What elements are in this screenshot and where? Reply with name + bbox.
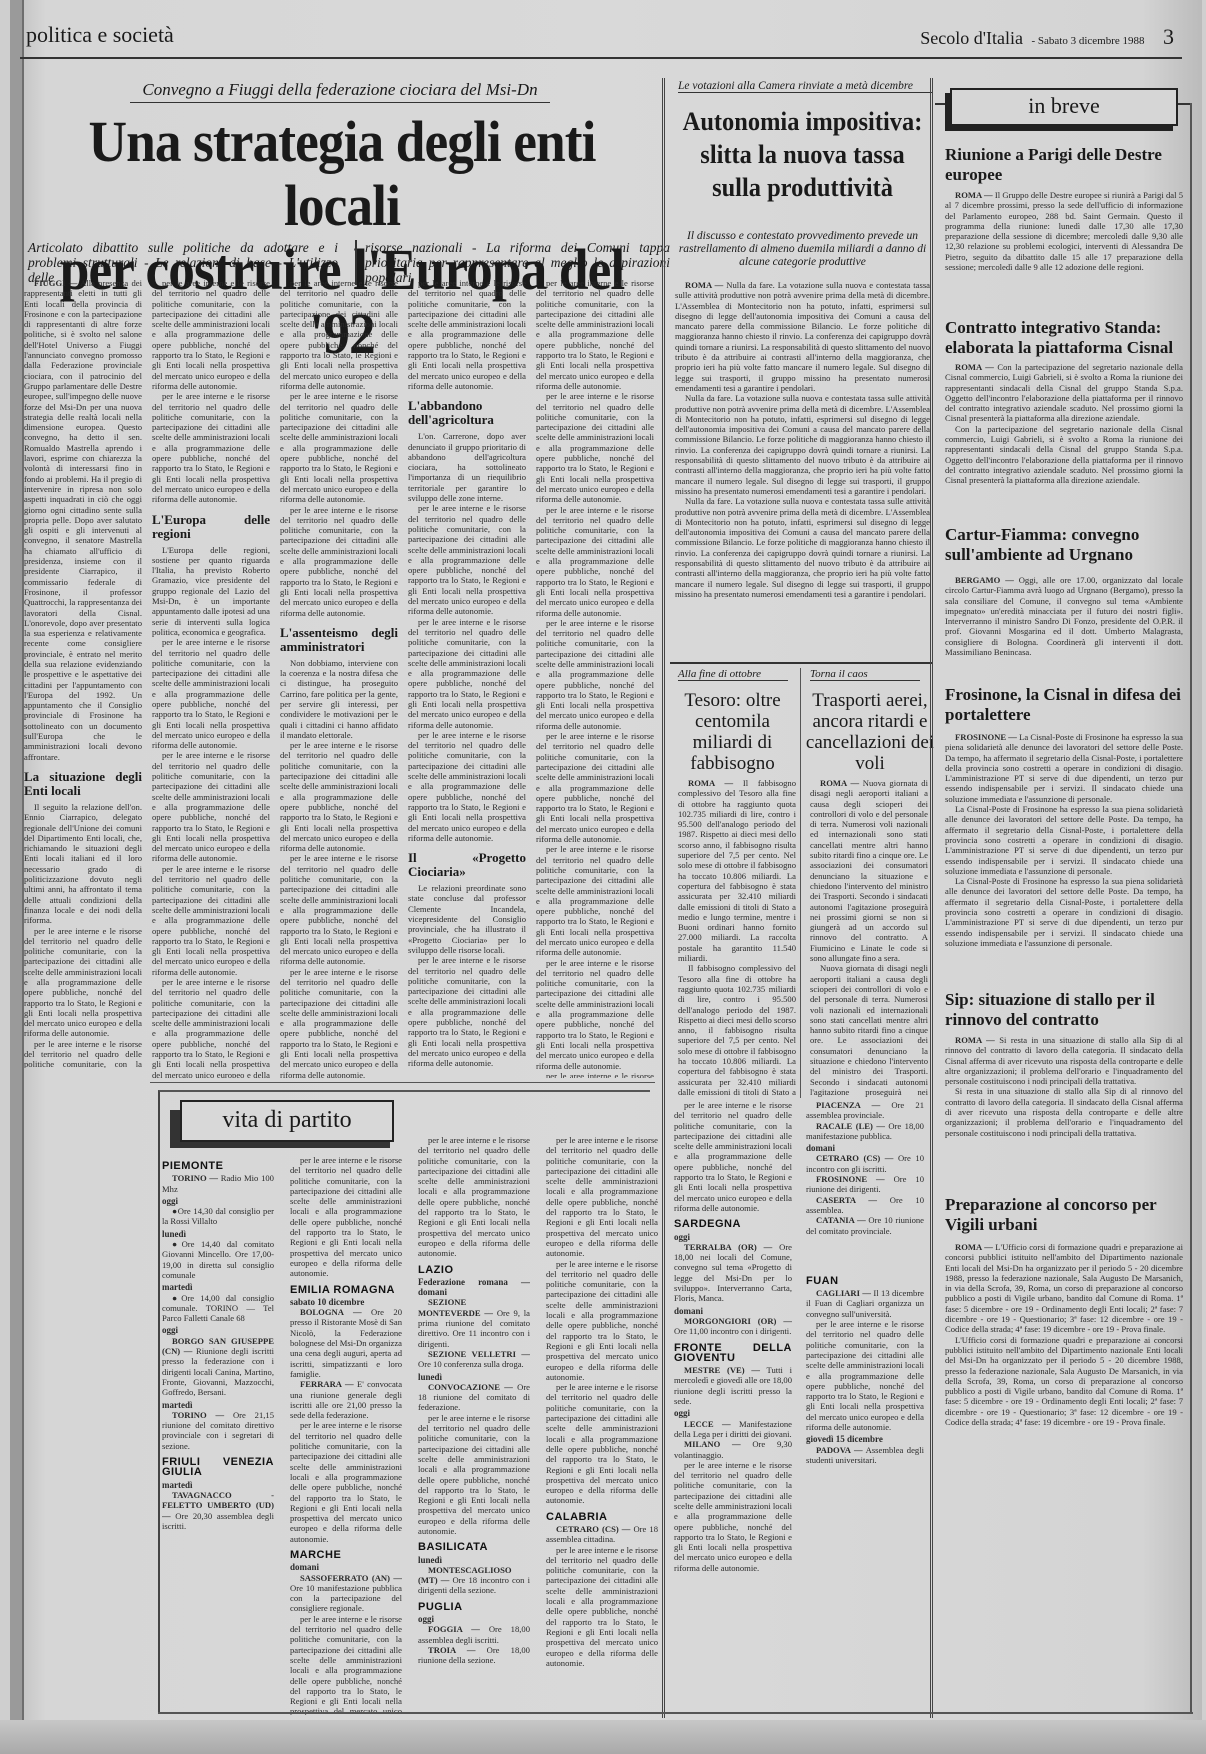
entry-day: oggi — [674, 1408, 792, 1418]
entry-day: sabato 10 dicembre — [290, 1297, 402, 1307]
air-headline: Trasporti aerei, ancora ritardi e cancel… — [805, 690, 935, 774]
section-text: per le aree interne e le risorse del ter… — [280, 967, 398, 1078]
region-heading: FUAN — [806, 1276, 924, 1286]
section-text: per le aree interne e le risorse del ter… — [24, 926, 142, 1039]
entry-place: CETRARO (CS) — — [556, 1524, 630, 1534]
entry-place: MORGONGIORI (OR) — — [684, 1316, 792, 1326]
vita-column-1: PIEMONTE TORINO — Radio Mio 100 Mhz oggi… — [162, 1155, 274, 1715]
section-text: L'on. Carrerone, dopo aver denunciato il… — [408, 431, 526, 503]
section-text: per le aree interne e le risorse del ter… — [152, 637, 270, 750]
region-heading: PUGLIA — [418, 1602, 530, 1612]
tax-subtitle: Il discusso e contestato provvedimento p… — [675, 230, 930, 269]
tax-text: Nulla da fare. La votazione sulla nuova … — [675, 496, 930, 599]
entry-text: Ore 14,40 dal comitato Giovanni Mincello… — [162, 1239, 274, 1280]
subhead-situazione: La situazione degli Enti locali — [24, 770, 142, 798]
entry-place: FERRARA — — [300, 1379, 354, 1389]
entry-day: domani — [290, 1562, 402, 1572]
section-text: per le aree interne e le risorse del ter… — [280, 853, 398, 966]
section-text: per le aree interne e le risorse del ter… — [152, 750, 270, 863]
entry-place: CATANIA — — [816, 1215, 866, 1225]
tax-text: Nulla da fare. La votazione sulla nuova … — [675, 393, 930, 496]
section-text: L'Europa delle regioni, sostiene per qua… — [152, 545, 270, 638]
entry-place: SEZIONE VELLETRI — — [428, 1349, 530, 1359]
entry-place: BOLOGNA — — [300, 1307, 362, 1317]
issue-date: - Sabato 3 dicembre 1988 — [1031, 35, 1144, 47]
treasury-text: Il fabbisogno complessivo del Tesoro all… — [678, 963, 796, 1098]
tax-headline: Autonomia impositiva: slitta la nuova ta… — [678, 105, 927, 204]
entry-place: MESTRE (VE) — — [684, 1365, 760, 1375]
breve-dateline: ROMA — — [955, 190, 993, 200]
subhead-assenteismo: L'assenteismo degli amministratori — [280, 626, 398, 654]
section-text: per le aree interne e le risorse del ter… — [536, 505, 654, 618]
section-text: per le aree interne e le risorse del ter… — [152, 391, 270, 504]
breve-headline-2: Contratto integrativo Standa: elaborata … — [945, 318, 1185, 358]
entry-text: per le aree interne e le risorse del ter… — [418, 1413, 530, 1537]
treasury-kicker: Alla fine di ottobre — [678, 668, 788, 681]
entry-place: PADOVA — — [816, 1445, 863, 1455]
section-text: per le aree interne e le risorse del ter… — [536, 844, 654, 957]
region-heading: LAZIO — [418, 1265, 530, 1275]
breve-text: Il Gruppo delle Destre europee si riunir… — [945, 190, 1183, 272]
breve-headline-6: Preparazione al concorso per Vigili urba… — [945, 1195, 1185, 1235]
masthead-title: Secolo d'Italia — [920, 28, 1023, 48]
entry-place: SASSOFERRATO (AN) — — [300, 1573, 402, 1583]
page-bottom-rule — [158, 1712, 1193, 1714]
entry-day: oggi — [162, 1196, 274, 1206]
column-divider — [662, 78, 665, 1718]
section-text: per le aree interne e le risorse del ter… — [152, 864, 270, 977]
breve-dateline: FROSINONE — — [955, 732, 1017, 742]
entry-place: LECCE — — [684, 1419, 731, 1429]
entry-text: Ore 20,30 assemblea degli iscritti. — [162, 1511, 274, 1531]
breve-text: La Cisnal-Poste di Frosinone ha espresso… — [945, 732, 1183, 804]
region-heading: FRIULI VENEZIA GIULIA — [162, 1457, 274, 1478]
region-heading: PIEMONTE — [162, 1161, 274, 1171]
air-body: ROMA — Nuova giornata di disagi negli ae… — [810, 778, 928, 1098]
air-text: Nuova giornata di disagi negli aeroporti… — [810, 778, 928, 963]
entry-place: MILANO — — [684, 1439, 741, 1449]
lead-column-5: per le aree interne e le risorse del ter… — [536, 278, 654, 1078]
entry-place: CAGLIARI — — [816, 1288, 871, 1298]
entry-place: TERRALBA (OR) — — [684, 1242, 772, 1252]
section-text: per le aree interne e le risorse del ter… — [408, 278, 526, 391]
section-text: per le aree interne e le risorse del ter… — [408, 503, 526, 616]
breve-text: Si resta in una situazione di stallo all… — [945, 1086, 1183, 1137]
vita-column-6: PIACENZA — Ore 21 assemblea provinciale.… — [806, 1100, 924, 1715]
entry-text: per le aree interne e le risorse del ter… — [290, 1155, 402, 1279]
breve-headline-3: Cartur-Fiamma: convegno sull'ambiente ad… — [945, 525, 1185, 565]
entry-text: per le aree interne e le risorse del ter… — [418, 1135, 530, 1259]
entry-place: TORINO — — [172, 1173, 218, 1183]
lead-column-3: per le aree interne e le risorse del ter… — [280, 278, 398, 1078]
section-text: per le aree interne e le risorse del ter… — [536, 618, 654, 731]
column-divider — [800, 668, 801, 1098]
lead-dateline: FIUGGI — — [34, 278, 77, 288]
breve-headline-1: Riunione a Parigi delle Destre europee — [945, 145, 1185, 185]
lead-column-4: per le aree interne e le risorse del ter… — [408, 278, 526, 1078]
entry-text: per le aree interne e le risorse del ter… — [806, 1319, 924, 1432]
section-text: Non dobbiamo, interviene con la coerenza… — [280, 658, 398, 740]
scan-bottom-edge — [0, 1720, 1206, 1754]
section-text: per le aree interne e le risorse del ter… — [536, 1071, 654, 1078]
entry-text: per le aree interne e le risorse del ter… — [546, 1259, 658, 1383]
entry-text: Ore 14,30 dal consiglio per la Rossi Vil… — [162, 1206, 274, 1227]
breve-text: Con la partecipazione del segretario naz… — [945, 424, 1183, 486]
entry-text: per le aree interne e le risorse del ter… — [290, 1614, 402, 1715]
region-heading: FRONTE DELLA GIOVENTU — [674, 1343, 792, 1364]
tax-kicker: Le votazioni alla Camera rinviate a metà… — [678, 80, 933, 93]
section-text: per le aree interne e le risorse del ter… — [280, 278, 398, 391]
breve-body-3: BERGAMO — Oggi, alle ore 17.00, organizz… — [945, 575, 1183, 675]
treasury-dateline: ROMA — — [688, 778, 733, 788]
section-text: per le aree interne e le risorse del ter… — [536, 278, 654, 391]
lead-body: Alla presenza dei rappresentanti eletti … — [24, 278, 142, 762]
breve-rule-right — [1176, 103, 1190, 105]
breve-body-4: FROSINONE — La Cisnal-Poste di Frosinone… — [945, 732, 1183, 987]
entry-text: per le aree interne e le risorse del ter… — [546, 1135, 658, 1259]
entry-day: martedì — [162, 1282, 274, 1292]
entry-day: oggi — [418, 1614, 530, 1624]
breve-body-6: ROMA — L'Ufficio corsi di formazione qua… — [945, 1242, 1183, 1712]
section-text: per le aree interne e le risorse del ter… — [24, 1039, 142, 1068]
breve-side-rule — [1190, 103, 1192, 1713]
tax-dateline: ROMA — — [685, 280, 723, 290]
entry-place: CONVOCAZIONE — — [428, 1382, 513, 1392]
lead-bottom-rule — [150, 1082, 655, 1083]
entry-day: Federazione romana — domani — [418, 1277, 530, 1298]
entry-day: giovedì 15 dicembre — [806, 1434, 924, 1444]
region-heading: MARCHE — [290, 1550, 402, 1560]
tax-text: Nulla da fare. La votazione sulla nuova … — [675, 280, 930, 393]
entry-text: Ore 10 manifestazione pubblica con la pa… — [290, 1583, 402, 1614]
section-text: per le aree interne e le risorse del ter… — [280, 505, 398, 618]
breve-body-1: ROMA — Il Gruppo delle Destre europee si… — [945, 190, 1183, 310]
vita-di-partito-label: vita di partito — [180, 1100, 394, 1142]
section-text: per le aree interne e le risorse del ter… — [536, 731, 654, 844]
lead-headline-line1: Una strategia degli enti locali — [48, 110, 637, 238]
breve-dateline: ROMA — — [955, 1242, 993, 1252]
breve-text: L'Ufficio corsi di formazione quadri e p… — [945, 1335, 1183, 1428]
entry-text: per le aree interne e le risorse del ter… — [546, 1545, 658, 1669]
region-heading: EMILIA ROMAGNA — [290, 1285, 402, 1295]
entry-day: lunedì — [418, 1372, 530, 1382]
page-spine — [10, 0, 24, 1754]
subhead-progetto-ciociaria: Il «Progetto Ciociaria» — [408, 851, 526, 879]
air-kicker: Torna il caos — [810, 668, 920, 681]
entry-day: lunedì — [162, 1229, 274, 1239]
section-text: per le aree interne e le risorse del ter… — [536, 391, 654, 504]
in-breve-label: in breve — [950, 88, 1178, 126]
lead-column-1: FIUGGI — Alla presenza dei rappresentant… — [24, 278, 142, 1068]
entry-text: Ore 20 presso il Ristorante Mosè di San … — [290, 1307, 402, 1379]
section-text: per le aree interne e le risorse del ter… — [152, 278, 270, 391]
lead-column-2: per le aree interne e le risorse del ter… — [152, 278, 270, 1078]
region-heading: CALABRIA — [546, 1512, 658, 1522]
breve-dateline: ROMA — — [955, 1035, 995, 1045]
subhead-agricoltura: L'abbandono dell'agricoltura — [408, 399, 526, 427]
entry-text: Ore 14,00 dal consiglio comunale. TORINO… — [162, 1293, 274, 1324]
lead-kicker: Convegno a Fiuggi della federazione cioc… — [130, 80, 550, 103]
region-heading: SARDEGNA — [674, 1219, 792, 1229]
vita-column-2: per le aree interne e le risorse del ter… — [290, 1155, 402, 1715]
entry-place: FOGGIA — — [428, 1624, 480, 1634]
entry-text: Ore 10 conferenza sulla droga. — [418, 1359, 524, 1369]
section-text: per le aree interne e le risorse del ter… — [280, 740, 398, 853]
breve-text: L'Ufficio corsi di formazione quadri e p… — [945, 1242, 1183, 1334]
air-dateline: ROMA — — [820, 778, 859, 788]
breve-headline-4: Frosinone, la Cisnal in difesa dei porta… — [945, 685, 1185, 725]
entry-place: SEZIONE MONTEVERDE — — [418, 1297, 493, 1317]
masthead: Secolo d'Italia - Sabato 3 dicembre 1988… — [920, 24, 1174, 50]
entry-day: lunedì — [418, 1555, 530, 1565]
entry-day: martedì — [162, 1400, 274, 1410]
breve-body-2: ROMA — Con la partecipazione del segreta… — [945, 362, 1183, 512]
subhead-europa-regioni: L'Europa delle regioni — [152, 513, 270, 541]
column-divider — [930, 78, 933, 1718]
section-text: per le aree interne e le risorse del ter… — [408, 955, 526, 1068]
entry-place: TROIA — — [428, 1645, 475, 1655]
section-text: per le aree interne e le risorse del ter… — [536, 958, 654, 1071]
treasury-text: Il fabbisogno complessivo del Tesoro all… — [678, 778, 796, 963]
entry-text: Ore 11,00 incontro con i dirigenti. — [674, 1326, 791, 1336]
entry-text: per le aree interne e le risorse del ter… — [674, 1100, 792, 1213]
entry-day: domani — [806, 1143, 924, 1153]
entry-text: per le aree interne e le risorse del ter… — [674, 1460, 792, 1573]
entry-place: TORINO — — [172, 1410, 224, 1420]
entry-place: CETRARO (CS) — — [816, 1153, 893, 1163]
entry-day: oggi — [674, 1232, 792, 1242]
section-text: per le aree interne e le risorse del ter… — [408, 617, 526, 730]
tax-bottom-rule — [670, 662, 932, 664]
tax-body: ROMA — Nulla da fare. La votazione sulla… — [675, 280, 930, 655]
page-number: 3 — [1163, 24, 1174, 49]
entry-day: domani — [674, 1306, 792, 1316]
breve-headline-5: Sip: situazione di stallo per il rinnovo… — [945, 990, 1185, 1030]
entry-place: FROSINONE — — [816, 1174, 885, 1184]
entry-place: PIACENZA — — [816, 1100, 880, 1110]
section-text: per le aree interne e le risorse del ter… — [152, 977, 270, 1078]
treasury-headline: Tesoro: oltre centomila miliardi di fabb… — [670, 690, 795, 774]
air-text: Nuova giornata di disagi negli aeroporti… — [810, 963, 928, 1098]
entry-text: per le aree interne e le risorse del ter… — [290, 1420, 402, 1544]
breve-dateline: BERGAMO — — [955, 575, 1014, 585]
section-text: Il seguito la relazione dell'on. Ennio C… — [24, 802, 142, 926]
header-rule — [20, 57, 1182, 59]
vita-column-5: per le aree interne e le risorse del ter… — [674, 1100, 792, 1715]
section-text: Le relazioni preordinate sono state conc… — [408, 883, 526, 955]
treasury-body: ROMA — Il fabbisogno complessivo del Tes… — [678, 778, 796, 1098]
breve-text: La Cisnal-Poste di Frosinone ha espresso… — [945, 876, 1183, 948]
section-text: per le aree interne e le risorse del ter… — [408, 730, 526, 843]
entry-text: per le aree interne e le risorse del ter… — [546, 1382, 658, 1506]
entry-day: martedì — [162, 1480, 274, 1490]
section-label: politica e società — [26, 22, 174, 48]
vita-column-3: per le aree interne e le risorse del ter… — [418, 1135, 530, 1715]
breve-text: Oggi, alle ore 17.00, organizzato dal lo… — [945, 575, 1183, 657]
entry-place: RACALE (LE) — — [816, 1121, 885, 1131]
region-heading: BASILICATA — [418, 1542, 530, 1552]
breve-dateline: ROMA — — [955, 362, 994, 372]
newspaper-page: politica e società Secolo d'Italia - Sab… — [10, 0, 1202, 1754]
vita-column-4: per le aree interne e le risorse del ter… — [546, 1135, 658, 1715]
breve-text: La Cisnal-Poste di Frosinone ha espresso… — [945, 804, 1183, 876]
section-text: per le aree interne e le risorse del ter… — [280, 391, 398, 504]
entry-place: CASERTA — — [816, 1195, 877, 1205]
entry-day: oggi — [162, 1325, 274, 1335]
